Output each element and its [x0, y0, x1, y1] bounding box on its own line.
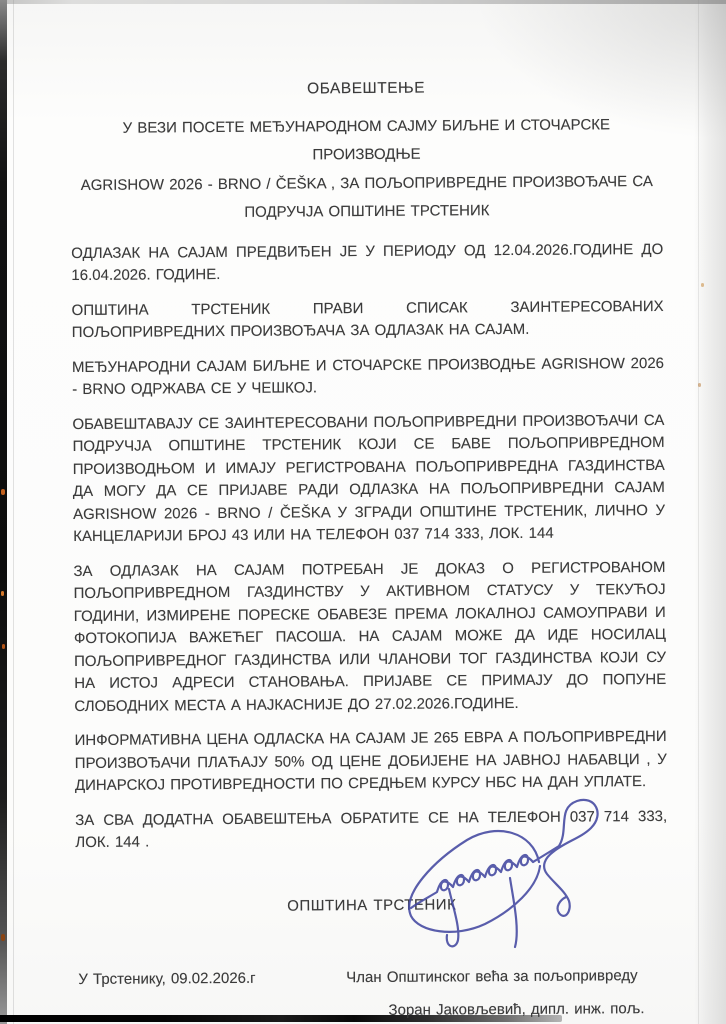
signer-name: Зоран Јаковљевић, дипл. инж. пољ. [388, 997, 668, 1021]
scan-line-left [13, 0, 14, 1024]
paragraph-municipality-list: ОПШТИНА ТРСТЕНИК ПРАВИ СПИСАК ЗАИНТЕРЕСО… [72, 295, 664, 344]
paragraph-departure-dates: ОДЛАЗАК НА САЈАМ ПРЕДВИЂЕН ЈЕ У ПЕРИОДУ … [71, 238, 663, 287]
organization-line: ОПШТИНА ТРСТЕНИК [76, 892, 668, 919]
scanned-document-page: ОБАВЕШТЕЊЕ У ВЕЗИ ПОСЕТЕ МЕЂУНАРОДНОМ СА… [0, 0, 726, 1024]
paragraph-requirements: ЗА ОДЛАЗАК НА САЈАМ ПОТРЕБАН ЈЕ ДОКАЗ О … [73, 556, 666, 718]
paragraph-price-info: ИНФОРМАТИВНА ЦЕНА ОДЛАСКА НА САЈАМ ЈЕ 26… [75, 726, 667, 798]
signature-block: Члан Општинског већа за пољопривреду Зор… [346, 965, 668, 1022]
scan-speck [2, 644, 5, 649]
paragraph-registration-info: ОБАВЕШТАВАЈУ СЕ ЗАИНТЕРЕСОВАНИ ПОЉОПРИВР… [72, 409, 665, 548]
document-title: ОБАВЕШТЕЊЕ [70, 76, 662, 103]
document-footer: У Трстенику, 09.02.2026.г Члан Општинско… [76, 965, 668, 1024]
document-body: ОБАВЕШТЕЊЕ У ВЕЗИ ПОСЕТЕ МЕЂУНАРОДНОМ СА… [70, 76, 669, 1024]
scan-speck [698, 383, 701, 387]
scan-speck [1, 489, 5, 495]
paragraph-fair-location: МЕЂУНАРОДНИ САЈАМ БИЉНЕ И СТОЧАРСКЕ ПРОИ… [72, 352, 664, 401]
scan-speck [1, 591, 4, 596]
scan-edge-left [0, 0, 7, 1024]
document-heading: У ВЕЗИ ПОСЕТЕ МЕЂУНАРОДНОМ САЈМУ БИЉНЕ И… [70, 110, 663, 228]
signer-role: Члан Општинског већа за пољопривреду [346, 965, 668, 990]
paragraph-contact-phone: ЗА СВА ДОДАТНА ОБАВЕШТЕЊА ОБРАТИТЕ СЕ НА… [75, 805, 667, 854]
heading-line: AGRISHOW 2026 - BRNO / ČEŠKA , ЗА ПОЉОПР… [71, 167, 663, 200]
heading-line: ПОДРУЧЈА ОПШТИНЕ ТРСТЕНИК [71, 196, 663, 229]
scan-speck [701, 283, 704, 287]
scan-speck [1, 934, 5, 941]
heading-line: У ВЕЗИ ПОСЕТЕ МЕЂУНАРОДНОМ САЈМУ БИЉНЕ И… [70, 110, 662, 171]
scan-line-right [698, 0, 699, 1024]
place-date: У Трстенику, 09.02.2026.г [76, 968, 255, 992]
